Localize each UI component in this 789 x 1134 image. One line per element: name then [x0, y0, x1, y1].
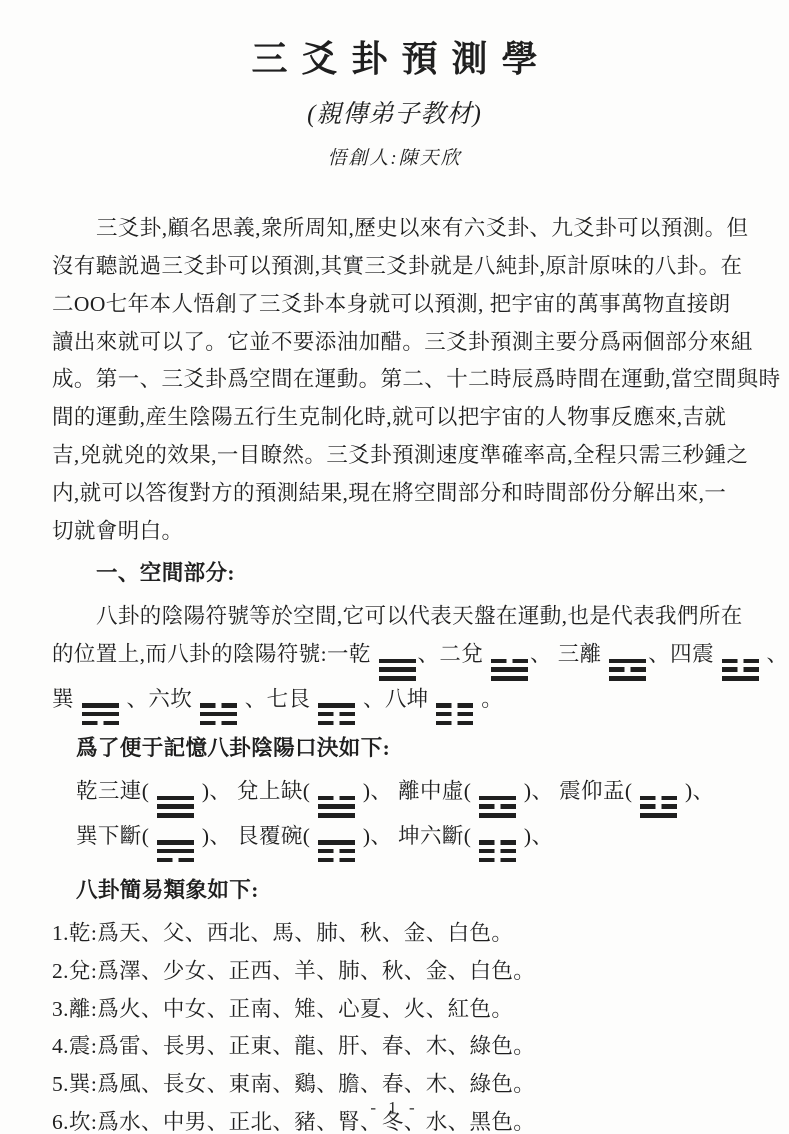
text-run: 讀出來就可以了。它並不要添油加醋。三爻卦預測主要分爲兩個部分來組 — [52, 330, 753, 354]
list-item-3: 3.離:爲火、中女、正南、雉、心夏、火、紅色。 — [52, 991, 762, 1029]
document-page: 三爻卦預測學 (親傳弟子教材) 悟創人:陳天欣 三爻卦,顧名思義,衆所周知,歷史… — [0, 0, 789, 1134]
paragraph-1-line-5: 成。第一、三爻卦爲空間在運動。第二、十二時辰爲時間在運動,當空間與時 — [52, 361, 762, 399]
text-run: 間的運動,産生陰陽五行生克制化時,就可以把宇宙的人物事反應來,吉就 — [52, 405, 726, 429]
text-run: )、 — [518, 824, 553, 848]
paragraph-2-line-3: 巽 、六坎 、七艮 、八坤 。 — [52, 681, 762, 726]
text-run: 三爻卦,顧名思義,衆所周知,歷史以來有六爻卦、九爻卦可以預測。但 — [96, 216, 748, 240]
mnemonic-heading: 爲了便于記憶八卦陰陽口決如下: — [52, 730, 762, 768]
trigram-xun — [157, 840, 194, 862]
text-run: 吉,兇就兇的效果,一目瞭然。三爻卦預測速度準確率高,全程只需三秒鍾之 — [52, 443, 748, 467]
paragraph-1-line-7: 吉,兇就兇的效果,一目瞭然。三爻卦預測速度準確率高,全程只需三秒鍾之 — [52, 437, 762, 475]
text-run: )、 兌上缺( — [196, 779, 316, 803]
paragraph-1-line-6: 間的運動,産生陰陽五行生克制化時,就可以把宇宙的人物事反應來,吉就 — [52, 399, 762, 437]
paragraph-1-line-2: 沒有聽説過三爻卦可以預測,其實三爻卦就是八純卦,原計原味的八卦。在 — [52, 248, 762, 286]
text-run: 巽 — [52, 687, 80, 711]
text-run: 、七艮 — [239, 687, 316, 711]
list-item-1: 1.乾:爲天、父、西北、馬、肺、秋、金、白色。 — [52, 915, 762, 953]
text-run: 爲了便于記憶八卦陰陽口決如下: — [76, 736, 390, 760]
mnemonic-line-1: 乾三連( )、 兌上缺( )、 離中虛( )、 震仰盂( )、 — [52, 773, 762, 818]
author-line: 悟創人:陳天欣 — [0, 143, 789, 170]
text-run: 、八坤 — [357, 687, 434, 711]
text-run: 。 — [475, 687, 503, 711]
text-run: 二OO七年本人悟創了三爻卦本身就可以預測, 把宇宙的萬事萬物直接朗 — [52, 292, 731, 316]
paragraph-2-line-2: 的位置上,而八卦的陰陽符號:一乾 、二兌 、 三離 、四震 、五 — [52, 636, 762, 681]
text-run: 一、空間部分: — [96, 561, 235, 585]
trigram-xun — [82, 703, 119, 725]
paragraph-2-line-1: 八卦的陰陽符號等於空間,它可以代表天盤在運動,也是代表我們所在 — [52, 598, 762, 636]
text-run: 、二兌 — [418, 642, 489, 666]
text-run: )、 離中虛( — [357, 779, 477, 803]
trigram-zhen — [640, 796, 677, 818]
text-run: 八卦的陰陽符號等於空間,它可以代表天盤在運動,也是代表我們所在 — [96, 604, 743, 628]
categories-heading: 八卦簡易類象如下: — [52, 872, 762, 910]
paragraph-1-line-9: 切就會明白。 — [52, 513, 762, 551]
paragraph-1-line-3: 二OO七年本人悟創了三爻卦本身就可以預測, 把宇宙的萬事萬物直接朗 — [52, 286, 762, 324]
text-run: 内,就可以答復對方的預測結果,現在將空間部分和時間部份分解出來,一 — [52, 481, 726, 505]
text-run: 的位置上,而八卦的陰陽符號:一乾 — [52, 642, 377, 666]
trigram-li — [479, 796, 516, 818]
list-item-4: 4.震:爲雷、長男、正東、龍、肝、春、木、綠色。 — [52, 1028, 762, 1066]
text-run: 3.離:爲火、中女、正南、雉、心夏、火、紅色。 — [52, 997, 513, 1021]
text-run: 1.乾:爲天、父、西北、馬、肺、秋、金、白色。 — [52, 921, 513, 945]
page-title: 三爻卦預測學 — [0, 38, 789, 81]
trigram-gen — [318, 840, 355, 862]
text-run: )、 — [679, 779, 714, 803]
text-run: 4.震:爲雷、長男、正東、龍、肝、春、木、綠色。 — [52, 1034, 535, 1058]
trigram-zhen — [722, 659, 759, 681]
trigram-gen — [318, 703, 355, 725]
text-run: 成。第一、三爻卦爲空間在運動。第二、十二時辰爲時間在運動,當空間與時 — [52, 367, 780, 391]
text-run: 巽下斷( — [76, 824, 155, 848]
page-subtitle: (親傳弟子教材) — [0, 94, 789, 130]
text-run: 、五 — [761, 642, 789, 666]
text-run: 、四震 — [648, 642, 719, 666]
trigram-qian — [379, 659, 416, 681]
list-item-2: 2.兌:爲澤、少女、正西、羊、肺、秋、金、白色。 — [52, 953, 762, 991]
document-header: 三爻卦預測學 (親傳弟子教材) 悟創人:陳天欣 — [0, 0, 789, 170]
text-run: 5.巽:爲風、長女、東南、鷄、膽、春、木、綠色。 — [52, 1072, 535, 1096]
text-run: 乾三連( — [76, 779, 155, 803]
paragraph-1-line-8: 内,就可以答復對方的預測結果,現在將空間部分和時間部份分解出來,一 — [52, 475, 762, 513]
text-run: )、 震仰盂( — [518, 779, 638, 803]
trigram-kan — [200, 703, 237, 725]
paragraph-1-line-4: 讀出來就可以了。它並不要添油加醋。三爻卦預測主要分爲兩個部分來組 — [52, 324, 762, 362]
text-run: 切就會明白。 — [52, 519, 183, 543]
text-run: 沒有聽説過三爻卦可以預測,其實三爻卦就是八純卦,原計原味的八卦。在 — [52, 254, 742, 278]
text-run: 2.兌:爲澤、少女、正西、羊、肺、秋、金、白色。 — [52, 959, 535, 983]
trigram-qian — [157, 796, 194, 818]
text-run: 、 三離 — [530, 642, 607, 666]
trigram-dui — [491, 659, 528, 681]
trigram-dui — [318, 796, 355, 818]
page-number: - 1 - — [0, 1098, 789, 1118]
text-run: )、 艮覆碗( — [196, 824, 316, 848]
trigram-kun — [479, 840, 516, 862]
section-heading-space: 一、空間部分: — [52, 555, 762, 593]
text-run: )、 坤六斷( — [357, 824, 477, 848]
document-body: 三爻卦,顧名思義,衆所周知,歷史以來有六爻卦、九爻卦可以預測。但沒有聽説過三爻卦… — [52, 210, 762, 1134]
paragraph-1-line-1: 三爻卦,顧名思義,衆所周知,歷史以來有六爻卦、九爻卦可以預測。但 — [52, 210, 762, 248]
trigram-li — [609, 659, 646, 681]
mnemonic-line-2: 巽下斷( )、 艮覆碗( )、 坤六斷( )、 — [52, 818, 762, 863]
text-run: 八卦簡易類象如下: — [76, 878, 259, 902]
text-run: 、六坎 — [121, 687, 198, 711]
trigram-kun — [436, 703, 473, 725]
